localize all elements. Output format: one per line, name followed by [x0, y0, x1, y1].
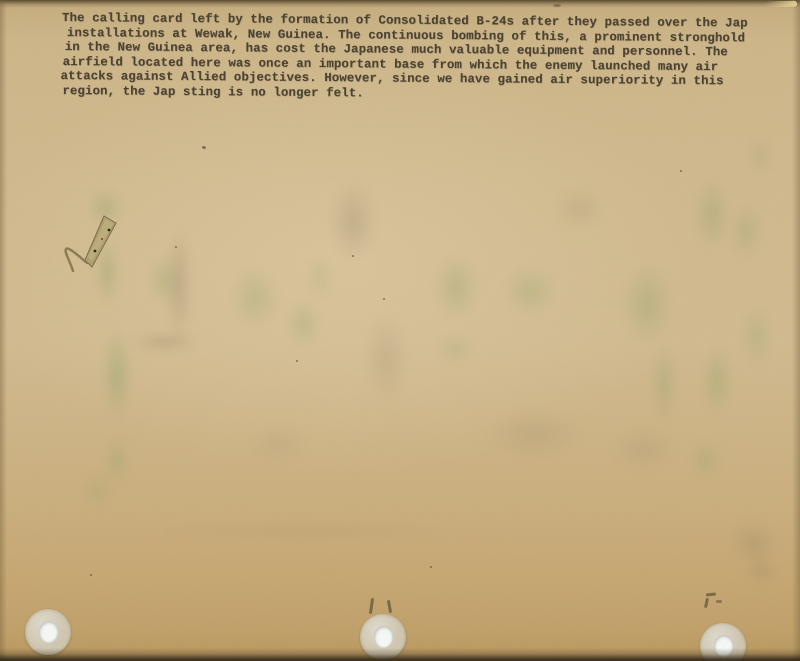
ink-speck: [352, 255, 354, 257]
ink-speck: [553, 4, 561, 7]
green-smudge: [90, 225, 124, 320]
green-smudge: [82, 180, 128, 235]
gray-smudge: [468, 398, 600, 470]
green-smudge: [96, 310, 138, 440]
green-smudge: [280, 293, 326, 355]
green-smudge: [683, 432, 727, 486]
ink-speck: [430, 566, 432, 568]
paper-fragment: [58, 203, 122, 279]
gray-smudge: [543, 178, 615, 240]
green-smudge: [725, 193, 767, 269]
glue-mark: [704, 598, 709, 608]
gray-smudge: [116, 328, 214, 356]
punched-hole: [39, 621, 58, 643]
gray-smudge: [238, 418, 320, 470]
ink-speck: [680, 170, 682, 172]
binder-hole: [360, 614, 406, 660]
glue-mark: [369, 598, 374, 614]
green-smudge: [742, 128, 778, 184]
ink-speck: [383, 298, 385, 300]
green-smudge: [430, 328, 482, 370]
green-smudge: [612, 248, 682, 360]
glue-mark: [716, 600, 722, 603]
glue-mark: [706, 592, 716, 596]
page-edge-shadow-right: [792, 0, 800, 661]
green-smudge: [300, 248, 340, 308]
green-smudge: [645, 328, 683, 440]
page-edge-shadow-left: [0, 0, 7, 661]
ink-speck: [296, 360, 298, 362]
green-smudge: [494, 258, 566, 324]
green-smudge: [100, 425, 134, 495]
ink-speck: [202, 146, 206, 149]
green-smudge: [142, 245, 186, 315]
gray-smudge: [355, 295, 417, 420]
green-smudge: [425, 243, 487, 331]
gray-smudge: [320, 165, 386, 277]
green-smudge: [695, 333, 739, 429]
gray-smudge: [738, 552, 786, 590]
punched-hole: [714, 635, 733, 657]
gray-smudge: [598, 418, 690, 480]
page-edge-shadow-top: [0, 0, 800, 8]
page-corner-highlight: [765, 1, 797, 8]
glue-mark: [387, 600, 392, 613]
gray-smudge: [160, 205, 198, 365]
typed-caption: The calling card left by the formation o…: [61, 11, 762, 103]
punched-hole: [374, 626, 393, 648]
green-smudge: [688, 166, 736, 262]
ink-speck: [175, 246, 177, 248]
ink-speck: [90, 574, 92, 576]
green-smudge: [76, 465, 118, 515]
gray-smudge: [722, 512, 784, 574]
green-smudge: [737, 293, 777, 379]
green-smudge: [222, 255, 288, 340]
binder-hole: [700, 623, 746, 661]
album-page: The calling card left by the formation o…: [0, 0, 800, 661]
binder-hole: [25, 609, 71, 655]
gray-smudge: [95, 523, 515, 539]
